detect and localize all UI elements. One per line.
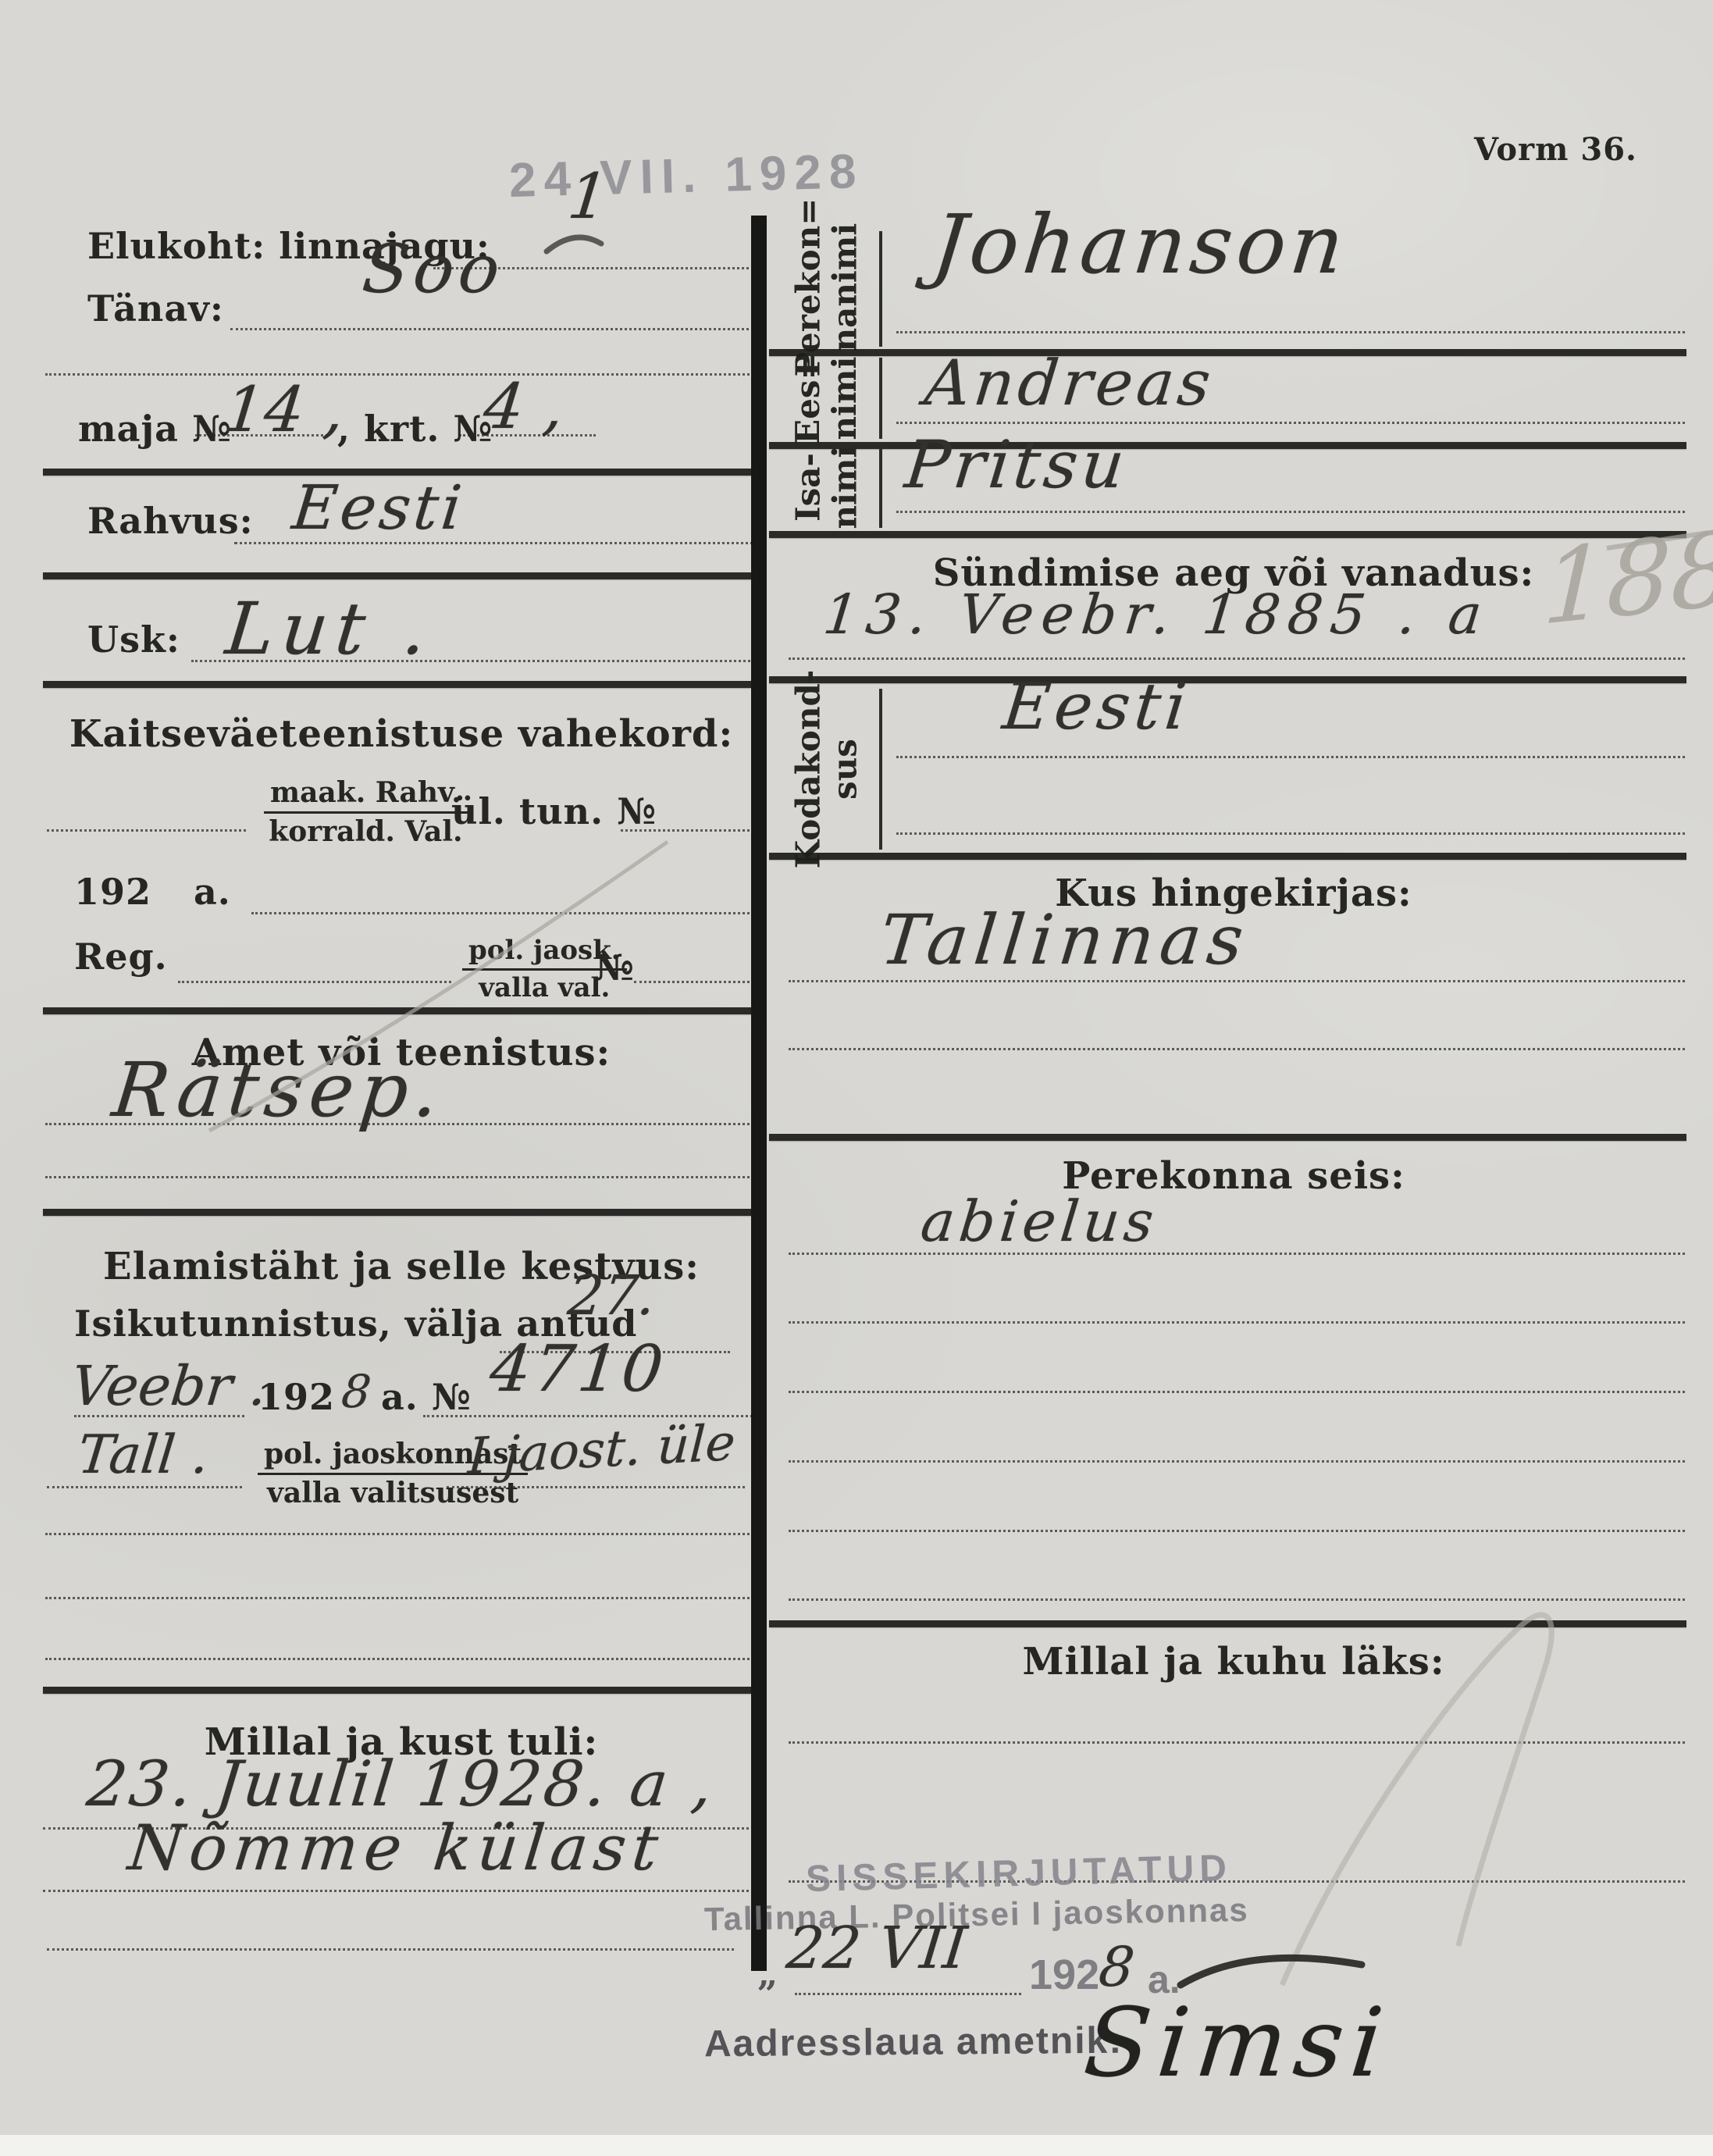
amet-line2 [45, 1176, 759, 1178]
antud-month-value: Veebr . [69, 1354, 270, 1418]
hingekiri-line1 [789, 980, 1685, 982]
krt-value: 4 , [480, 370, 568, 443]
perekonnanimi-value: Johanson [928, 197, 1353, 292]
maja-label: maja № [78, 408, 232, 450]
reg-nr-sign: № [595, 946, 635, 989]
maak-rahv-label: maak. Rahv. [264, 777, 468, 814]
rule [769, 676, 1686, 683]
blank-line [789, 1530, 1685, 1532]
kodakondsus-label: Kodakond- sus [771, 687, 881, 851]
kodakondsus-value: Eesti [999, 670, 1195, 744]
seis-value: abielus [918, 1188, 1162, 1254]
krt-label: , krt. № [337, 408, 493, 450]
tanav-value: Soo [359, 230, 508, 308]
politsei-stamp: Tallinna L. Politsei I jaoskonnas [704, 1891, 1249, 1938]
rule [769, 349, 1686, 356]
ametnik-signature: Simsi [1080, 1987, 1396, 2098]
isanimi-line [896, 511, 1685, 513]
reg-label: Reg. [74, 935, 168, 978]
rule [769, 853, 1686, 860]
eesnimi-line [896, 422, 1685, 424]
tall-line-left [47, 1486, 242, 1488]
aasta-192-label: 192 [74, 871, 151, 913]
antud-a-nr-label: a. № [381, 1376, 472, 1418]
blank-line [789, 1321, 1685, 1324]
tanav-line [230, 328, 759, 330]
blank-line [789, 1253, 1685, 1255]
kodakondsus-line2 [896, 832, 1685, 835]
amet-value: Rätsep. [109, 1046, 449, 1134]
jaoskond-value: I jaost. üle [466, 1414, 736, 1486]
aasta-line [251, 912, 759, 914]
linnajagu-check-stroke [547, 237, 601, 251]
rule [43, 1687, 760, 1694]
eesnimi-label-line1: Ees= [789, 352, 826, 444]
blank-line [789, 1598, 1685, 1601]
eesnimi-label-line2: nimi [826, 352, 863, 444]
center-divider [751, 216, 767, 1971]
blank-line [789, 1460, 1685, 1463]
krt-line [459, 434, 596, 437]
stamp-quote-mark: „ [757, 1952, 778, 1994]
isanimi-label: Isa- nimi [771, 447, 881, 528]
eesnimi-label: Ees= nimi [771, 358, 881, 439]
kodakondsus-label-line1: Kodakond- [789, 670, 826, 869]
aasta-a-label: a. [194, 871, 231, 913]
perekonnanimi-line [896, 331, 1685, 333]
blank-line [45, 1658, 759, 1660]
reg-nr-line [634, 981, 759, 983]
sundimise-pencil-year: 1885 [1540, 501, 1713, 648]
month-line [74, 1415, 244, 1417]
bottom-left-line [47, 1948, 734, 1951]
scanned-form-page: Vorm 36. 24 VII. 1928 Elukoht: linnajagu… [0, 0, 1713, 2156]
eesnimi-value: Andreas [921, 347, 1218, 419]
usk-value: Lut . [222, 587, 438, 671]
isanimi-value: Pritsu [902, 426, 1132, 503]
antud-year-hw: 8 [339, 1365, 373, 1418]
hingekiri-line2 [789, 1048, 1685, 1050]
scan-bottom-edge [0, 2135, 1713, 2156]
rahvus-value: Eesti [289, 473, 468, 543]
label-rule [879, 358, 882, 439]
kodakondsus-line1 [896, 756, 1685, 758]
sundimise-value: 13. Veebr. 1885 . a [821, 583, 1493, 647]
tuli-line2 [43, 1890, 759, 1892]
sundimise-line [789, 657, 1685, 660]
laks-heading: Millal ja kuhu läks: [781, 1640, 1686, 1684]
tall-value: Tall . [75, 1424, 212, 1486]
antud-year-printed: 192 [258, 1376, 335, 1418]
tuli-date-value: 23. Juulil 1928. a , [84, 1748, 718, 1820]
linnajagu-value: 1 [564, 160, 612, 233]
isanimi-label-line2: nimi [826, 446, 863, 529]
hingekiri-value: Tallinnas [877, 900, 1254, 980]
kodakondsus-label-line2: sus [826, 670, 863, 869]
maja-line [195, 434, 328, 437]
stamp-day-value: 22 VII [783, 1915, 970, 1982]
label-rule [879, 447, 882, 528]
reg-line [178, 981, 451, 983]
tuli-koht-value: Nõmme külast [125, 1812, 668, 1884]
perekonnanimi-label: Perekon= nanimi [771, 228, 881, 347]
tanav-label: Tänav: [87, 287, 224, 330]
maak-korrald-fraction: maak. Rahv. korrald. Val. [264, 777, 468, 849]
laks-line [789, 1741, 1685, 1744]
tunnistus-nr-value: 4710 [486, 1332, 670, 1406]
ametnik-stamp: Aadresslaua ametnik: [704, 2019, 1124, 2066]
blank-line [789, 1391, 1685, 1393]
label-rule [879, 231, 882, 347]
kaitsevae-heading: Kaitseväeteenistuse vahekord: [43, 712, 760, 756]
isanimi-label-line1: Isa- [789, 446, 826, 529]
amet-line1 [45, 1123, 759, 1125]
stamp-year-printed: 192 [1029, 1951, 1099, 1999]
signature-tilde-stroke [1181, 1958, 1362, 1985]
rule [769, 1134, 1686, 1141]
rule [43, 1209, 760, 1216]
tun-line-left [47, 829, 246, 832]
rule [43, 681, 760, 688]
ul-tun-label: ül. tun. № [451, 790, 657, 832]
tall-line-right [447, 1486, 745, 1488]
blank-line [45, 1533, 759, 1535]
rahvus-label: Rahvus: [87, 500, 254, 542]
antud-day-value: 27. [565, 1263, 659, 1327]
stamp-date-line [795, 1993, 1021, 1995]
blank-line [45, 1597, 759, 1599]
seis-heading: Perekonna seis: [781, 1154, 1686, 1198]
rule [769, 1620, 1686, 1627]
usk-label: Usk: [87, 618, 180, 661]
form-number: Vorm 36. [1474, 131, 1637, 168]
rule [43, 572, 760, 579]
divider-dotted [45, 373, 759, 376]
label-rule [879, 689, 882, 850]
tun-line-right [621, 829, 759, 832]
rule [43, 1007, 760, 1014]
korrald-val-label: korrald. Val. [264, 814, 468, 848]
